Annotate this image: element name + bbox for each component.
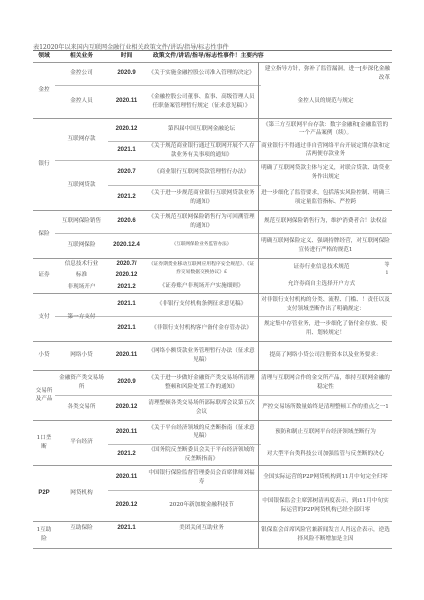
content-cell: 对大型平台类科技公司加强监管与反垄断的决心 (259, 444, 392, 465)
business-line: 非现场开户 (55, 283, 108, 291)
domain-cell: 交易所及产品 (33, 370, 55, 420)
domain-cell: 证券 (33, 258, 55, 293)
business-lines: 信息技术行业 标准 非现场开户 (55, 258, 108, 293)
time-lines: 2020.7/ 2020.12 2021.2 (108, 258, 145, 293)
time-cell: 2020.11 (108, 465, 145, 490)
policy-cell: 《关于进一步规范商业银行互联网贷款业务的通知》 (145, 185, 258, 210)
content-cell: 进一步细化了监管要求，包括落实风险控制、明确三项定量监管指标、严控跨 (259, 185, 392, 210)
content-cell: 明确互联网保险定义、强调持牌经营，对互联网保险宣传进行严格的规范1 (259, 233, 392, 258)
business-line: 信息技术行业 (55, 260, 108, 268)
policy-cell: 《商业银行互联网贷款管理暂行办法》 (145, 160, 258, 185)
time-cell: 2020.11 (108, 420, 145, 444)
domain-cell: P2P (33, 465, 55, 521)
time-cell: 2020.12 (108, 490, 145, 521)
business-cell: 互联网贷款 (55, 160, 108, 210)
time-cell: 2020.12 (108, 118, 145, 141)
business-cell: 金控公司 (55, 62, 108, 85)
policy-cell: 《非银行支付机构客户备付金存管办法》 (145, 316, 258, 341)
business-line: 标准 (55, 271, 108, 279)
content-cell: 金控人员的规范与规定 (259, 85, 392, 118)
time-cell: 2021.2 (108, 444, 145, 465)
policy-cell: 《关于规范商业银行通过互联网开展个人存款业务有关事项的通知》 (145, 141, 258, 160)
content-lines: 证券行业信息技术规范 允许券商自主选择开户方式 (259, 258, 384, 293)
policy-line: 《证券期货业移动互联网应用程序安全规范》、《证券交易数据交换协议》£ (145, 261, 258, 277)
time-cell: 2020.6 (108, 210, 145, 233)
policy-cell: 《非银行支付机构条例征求意见稿》 (145, 293, 258, 316)
time-cell: 2021.2 (108, 185, 145, 210)
business-cell: 互联网保险销售 (55, 210, 108, 233)
content-cell: 全国实际运营的P2P网贷机构到11月中旬完全归零 (259, 465, 392, 490)
policy-cell: 美团关闭互助业务 (145, 521, 258, 535)
business-cell: 平台经济 (55, 420, 108, 465)
time-cell: 2020.7 (108, 160, 145, 185)
policy-cell: 《互联网保险业务监管办法》 (145, 233, 258, 258)
content-cell: 预防和制止互联网平台经济领域垄断行为 (259, 420, 392, 444)
content-cell: 规范互联网保险销售行为，维护消费者合！法权益 (259, 210, 392, 233)
domain-cell: 1口垄断 (33, 420, 55, 465)
policy-cell: 《网络小额贷款业务管理暂行办法（征求意见稿） (145, 341, 258, 370)
content-cell: 银保监会首席风险官兼新闻发言人肖远企表示，逆选择风险不断增加是主因 (259, 521, 392, 548)
policy-cell: 《金融控股公司董事、监事、高级管理人员任职备案管理暂行规定（征求意见稿）》 (145, 85, 258, 118)
policy-cell: 2020年新加坡金融科技节 (145, 490, 258, 521)
business-cell: 金控人员 (55, 85, 108, 118)
content-cell: 建立指导方针，弥补了监管漏洞，进一[步深化金融改革 (259, 62, 392, 85)
table-bottom-border (33, 548, 392, 549)
footnote-mark: 等1 (382, 264, 392, 274)
policy-cell: 《关于平台经济领域的反垄断指南（征求意见稿） (145, 420, 258, 444)
domain-cell: 银行 (33, 118, 55, 210)
business-cell: 互助保险 (55, 521, 108, 535)
policy-cell: 《国务院反垄断委员会关于平台经济领域的反垄断指南》 (145, 444, 258, 465)
domain-cell: 小贷 (33, 341, 55, 370)
time-cell: 2021.1 (108, 141, 145, 160)
content-cell: 《第三方互联网平台存款：数字金融和[金融监管的一个产品案例（续）。 (259, 118, 392, 140)
time-cell: 2020.12.4 (108, 233, 145, 258)
business-cell: 金融资产类交易场所 (55, 370, 108, 395)
time-cell: 2020.9 (108, 62, 145, 85)
time-cell: 2020.11 (108, 341, 145, 370)
header-time: 时间 (108, 51, 145, 62)
domain-cell: 金控 (33, 62, 55, 118)
domain-cell: 1互助险 (33, 521, 55, 548)
header-domain: 领域 (33, 51, 55, 62)
time-cell: 2020.9 (108, 370, 145, 395)
policy-cell: 中国银行保险监督管理委员会首席律师刘福寿 (145, 465, 258, 490)
header-policy-content: 政策文件/讲话/指导/标志性事件！主要内容 (151, 51, 391, 62)
content-cell: 规定集中存管业务，进一步细化了备付金存放、使用、划转规定！ (259, 316, 392, 341)
content-cell: 提高了网络小贷公司注册资本以及业务要求： (259, 341, 392, 370)
business-cell: 网贷机构 (55, 465, 108, 521)
content-cell: 对非银行支付机构的分类、流程、门槛、！责任以及支付领域垄断作出了明确规定： (259, 293, 392, 316)
business-cell: 互联网保险 (55, 233, 108, 258)
time-cell: 2020.12 (108, 395, 145, 420)
time-cell: 2021.1 (108, 293, 145, 316)
policy-cell: 清理整顿各类交易场所部际联席会议第五次会议 (145, 395, 258, 420)
policy-lines: 《证券期货业移动互联网应用程序安全规范》、《证券交易数据交换协议》£ 《证券账户… (145, 258, 258, 293)
time-line: 2020.7/ (108, 260, 145, 268)
content-cell: 中国银保监会主席郭树清再度表示，到i11月中旬实际运营的P2P网贷机构已经全部归… (259, 490, 392, 521)
content-line: 允许券商自主选择开户方式 (259, 280, 384, 288)
content-line: 证券行业信息技术规范 (259, 263, 384, 271)
time-line: 2020.12 (108, 271, 145, 279)
policy-line: 《证券账户非现场开户实施细则》 (145, 282, 258, 290)
business-cell: 网络小贷 (55, 341, 108, 370)
time-cell: 2021.1 (108, 316, 145, 341)
domain-cell: 保险 (33, 210, 55, 258)
content-cell: 商业银行不得通过非自营网络平台开展定期存款和定活两便存款业务 (259, 140, 392, 160)
business-cell: 互联网存款 (55, 118, 108, 160)
business-cell: 第一方支付 (55, 293, 108, 341)
policy-cell: 《关于规范互联网保险销售行为可回溯管理的通知》 (145, 210, 258, 233)
business-cell: 各类交易所 (55, 395, 108, 420)
time-cell: 2020.11 (108, 85, 145, 118)
time-line: 2021.2 (108, 283, 145, 291)
domain-cell: 支付 (33, 293, 55, 341)
policy-cell: 《关于实施金融控股公司准入管理的决定》 (145, 62, 258, 85)
header-business: 相关业务 (55, 51, 108, 62)
content-cell: 清理与互联网合作的金交所产品，维持互联网金融的稳定性 (259, 370, 392, 395)
policy-cell: 《关于进一步做好金融资产类交易场所清理整顿和风险处置工作的通知》 (145, 370, 258, 395)
time-cell: 2021.1 (108, 521, 145, 535)
policy-cell: 第四届中国互联网金融论坛 (145, 118, 258, 141)
content-cell: 严控交易场所数量始终是清理整顿工作的重点之一1 (259, 395, 392, 420)
content-cell: 明确了互联网贷款主体与定义，对联合贷款、助贷业务作出规定 (259, 160, 392, 185)
